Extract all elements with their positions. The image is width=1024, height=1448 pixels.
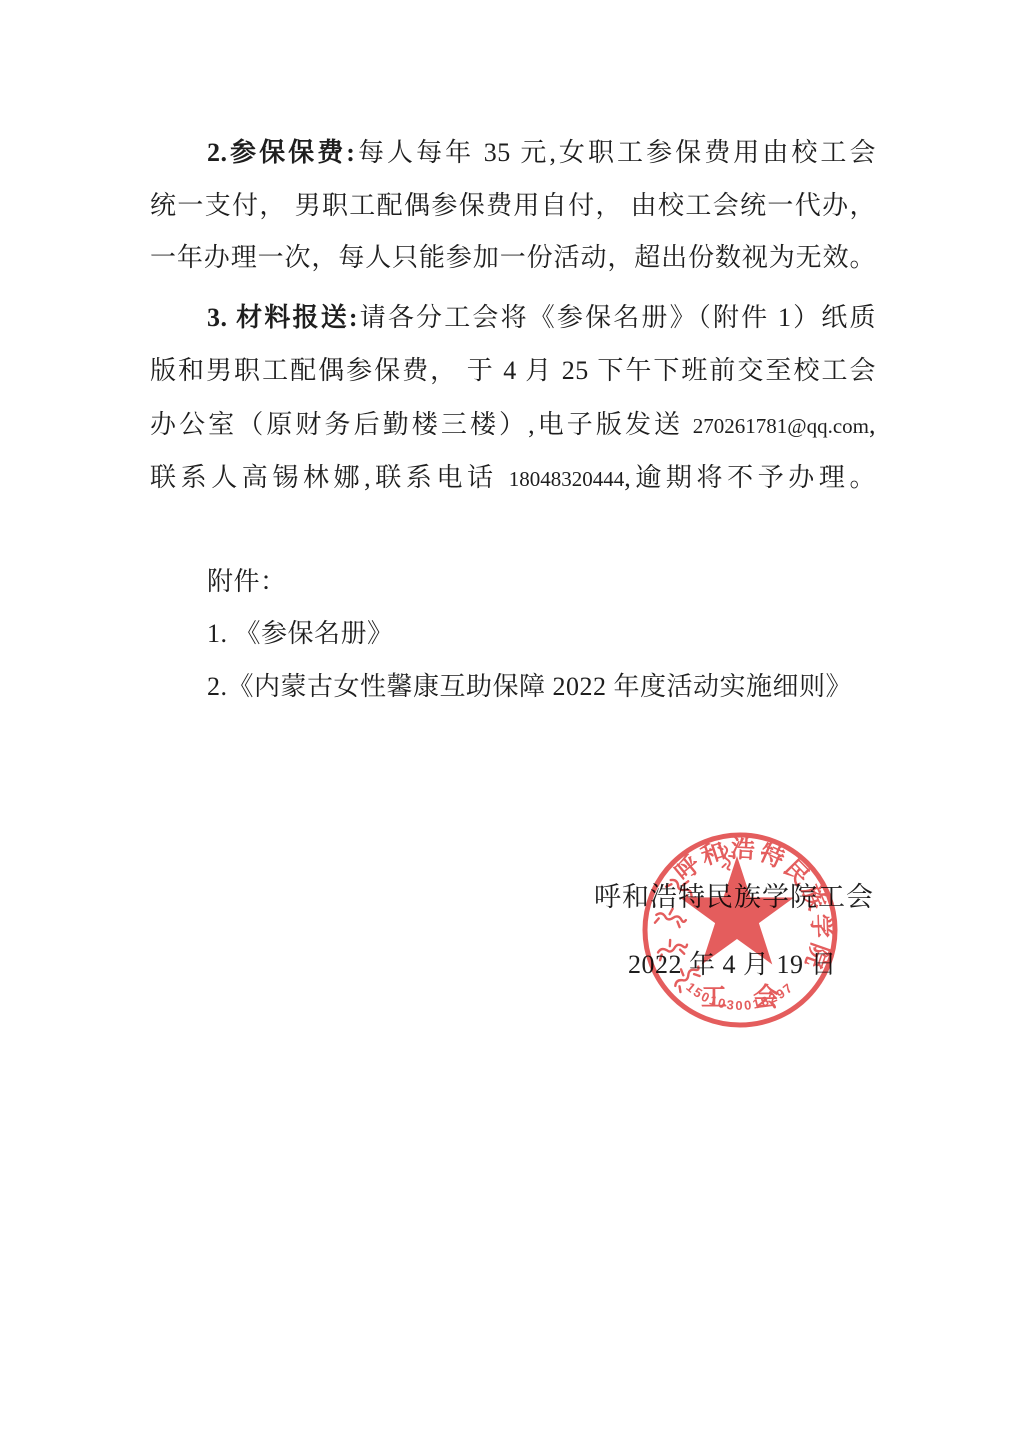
para-fee-line-1: 2.参保保费:每人每年 35 元,女职工参保费用由校工会 xyxy=(150,127,876,179)
attachment-item-1: 1. 《参保名册》 xyxy=(150,608,876,660)
para-materials-line-3-tail: , xyxy=(869,410,876,439)
document-page: 2.参保保费:每人每年 35 元,女职工参保费用由校工会 统一支付， 男职工配偶… xyxy=(0,0,1024,1448)
para-materials-line-2: 版和男职工配偶参保费， 于 4 月 25 下午下班前交至校工会 xyxy=(150,345,876,397)
para-materials-line-4: 联系人高锡林娜,联系电话 18048320444,逾期将不予办理。 xyxy=(150,452,876,504)
attachments-heading: 附件： xyxy=(150,556,876,608)
para-materials-line-3-text: 办公室（原财务后勤楼三楼）,电子版发送 xyxy=(150,410,693,439)
seal-band-text: 工 会 xyxy=(701,982,779,1012)
contact-email: 270261781@qq.com xyxy=(693,414,869,438)
para-materials-line-3: 办公室（原财务后勤楼三楼）,电子版发送 270261781@qq.com, xyxy=(150,399,876,451)
para-fee-line-3: 一年办理一次，每人只能参加一份活动，超出份数视为无效。 xyxy=(150,232,876,284)
para-fee-line-1-text: 每人每年 35 元,女职工参保费用由校工会 xyxy=(355,138,876,167)
para-materials-line-4-text: 联系人高锡林娜,联系电话 xyxy=(150,463,509,492)
para-materials-line-1-text: 请各分工会将《参保名册》（附件 1）纸质 xyxy=(358,303,876,332)
para-fee-line-2: 统一支付， 男职工配偶参保费用自付， 由校工会统一代办， xyxy=(150,180,876,232)
contact-phone: 18048320444 xyxy=(509,467,625,491)
para-materials-line-1: 3. 材料报送:请各分工会将《参保名册》（附件 1）纸质 xyxy=(150,292,876,344)
para-materials-line-4-tail: ,逾期将不予办理。 xyxy=(624,463,876,492)
para-materials-label: 3. 材料报送: xyxy=(207,303,358,332)
official-seal: 呼和浩特民族学院 1501030018297 工 会 xyxy=(632,820,852,1040)
attachment-item-2: 2.《内蒙古女性馨康互助保障 2022 年度活动实施细则》 xyxy=(150,661,876,713)
para-fee-label: 2.参保保费: xyxy=(207,138,355,167)
